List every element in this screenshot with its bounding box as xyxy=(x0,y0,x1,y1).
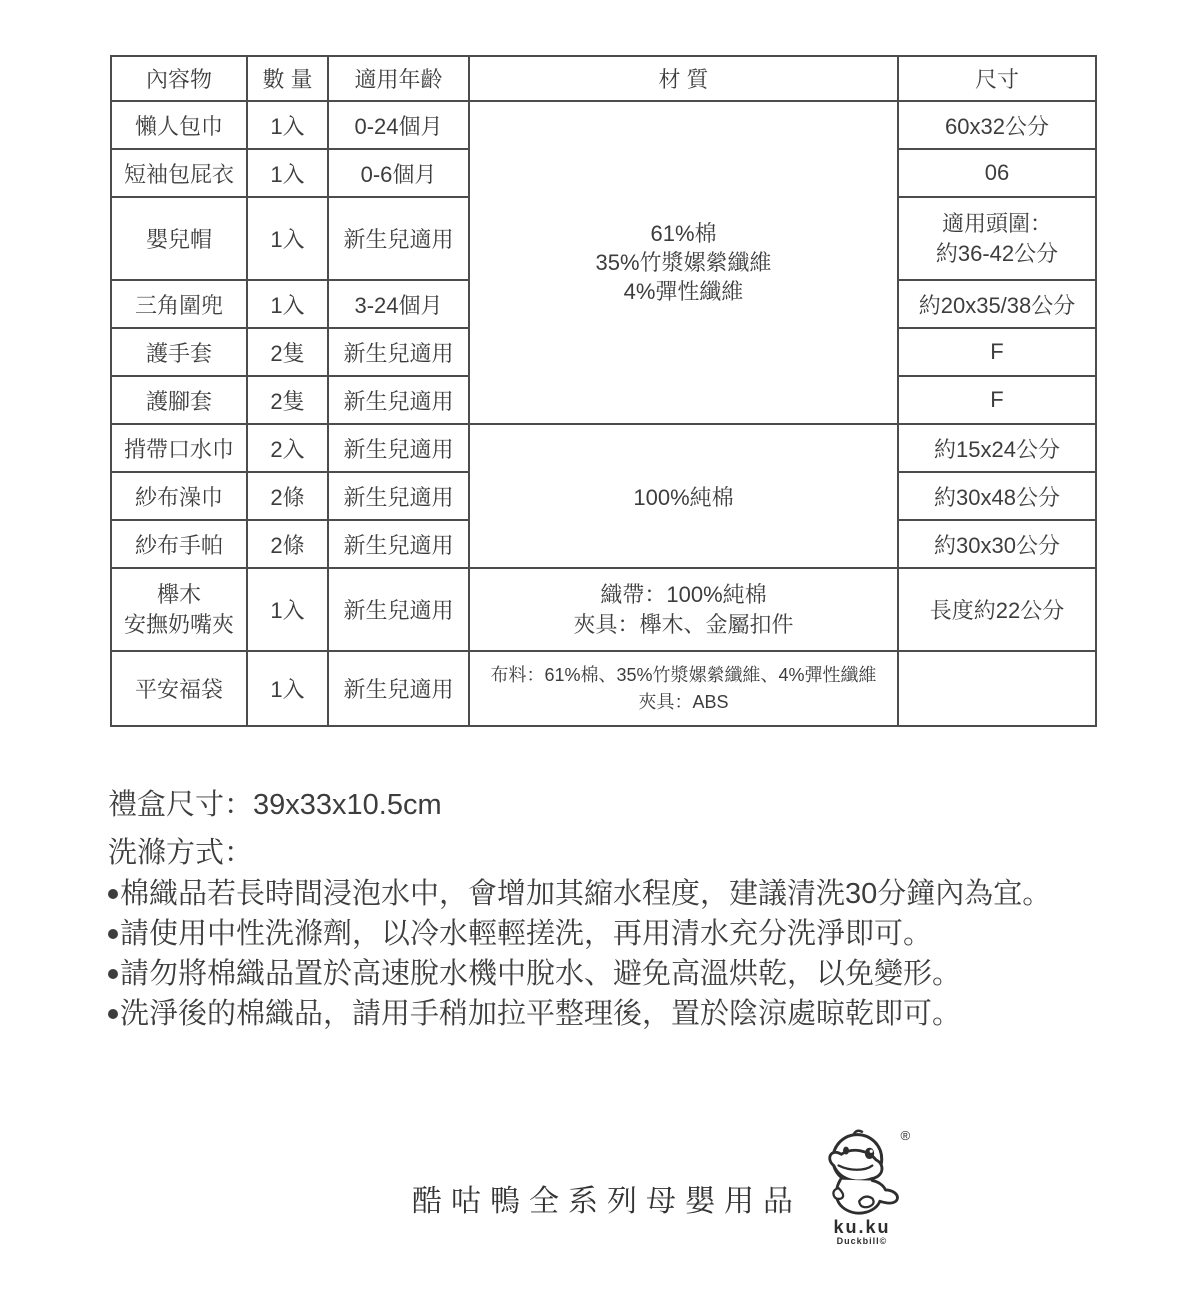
care-info-section: 禮盒尺寸：39x33x10.5cm 洗滌方式： 棉織品若長時間浸泡水中，會增加其… xyxy=(108,784,1108,1034)
item-name-cell: 嬰兒帽 xyxy=(111,197,247,280)
item-name-cell: 平安福袋 xyxy=(111,651,247,726)
quantity-cell: 1入 xyxy=(247,568,328,651)
header-age: 適用年齡 xyxy=(328,56,469,101)
bullet-dot-icon xyxy=(108,1009,118,1019)
washing-note: 請使用中性洗滌劑，以冷水輕輕搓洗，再用清水充分洗淨即可。 xyxy=(108,914,1108,954)
age-cell: 新生兒適用 xyxy=(328,520,469,568)
size-cell: F xyxy=(898,376,1096,424)
material-line: 4%彈性纖維 xyxy=(474,277,893,306)
item-name-cell: 短袖包屁衣 xyxy=(111,149,247,197)
age-cell: 新生兒適用 xyxy=(328,472,469,520)
item-name-cell: 懶人包巾 xyxy=(111,101,247,149)
size-cell: 約20x35/38公分 xyxy=(898,280,1096,328)
spec-table: 內容物 數 量 適用年齡 材 質 尺寸 懶人包巾 1入 0-24個月 61%棉 … xyxy=(110,55,1097,727)
quantity-cell: 1入 xyxy=(247,101,328,149)
logo-sub-text: Duckbill© xyxy=(806,1236,918,1247)
age-cell: 新生兒適用 xyxy=(328,376,469,424)
item-name-cell: 護腳套 xyxy=(111,376,247,424)
kuku-duckbill-logo: ® ku.ku Duckbill© xyxy=(806,1128,918,1247)
size-cell: 約15x24公分 xyxy=(898,424,1096,472)
bullet-dot-icon xyxy=(108,969,118,979)
item-name-cell: 紗布澡巾 xyxy=(111,472,247,520)
age-cell: 0-6個月 xyxy=(328,149,469,197)
washing-note-text: 請勿將棉織品置於高速脫水機中脫水、避免高溫烘乾，以免變形。 xyxy=(120,954,961,994)
washing-note-text: 棉織品若長時間浸泡水中，會增加其縮水程度，建議清洗30分鐘內為宜。 xyxy=(120,874,1051,914)
material-line: 夾具：櫸木、金屬扣件 xyxy=(474,610,893,639)
header-size: 尺寸 xyxy=(898,56,1096,101)
quantity-cell: 2條 xyxy=(247,472,328,520)
washing-note: 洗淨後的棉織品，請用手稍加拉平整理後，置於陰涼處晾乾即可。 xyxy=(108,994,1108,1034)
material-cell-cotton-blend: 61%棉 35%竹漿嫘縈纖維 4%彈性纖維 xyxy=(469,101,898,424)
size-cell: 約30x30公分 xyxy=(898,520,1096,568)
material-line: 35%竹漿嫘縈纖維 xyxy=(474,248,893,277)
quantity-cell: 1入 xyxy=(247,197,328,280)
item-name-cell: 護手套 xyxy=(111,328,247,376)
header-material: 材 質 xyxy=(469,56,898,101)
table-row: 揹帶口水巾 2入 新生兒適用 100%純棉 約15x24公分 xyxy=(111,424,1096,472)
age-cell: 3-24個月 xyxy=(328,280,469,328)
material-cell-lucky-bag: 布料：61%棉、35%竹漿嫘縈纖維、4%彈性纖維 夾具：ABS xyxy=(469,651,898,726)
header-contents: 內容物 xyxy=(111,56,247,101)
table-row: 懶人包巾 1入 0-24個月 61%棉 35%竹漿嫘縈纖維 4%彈性纖維 60x… xyxy=(111,101,1096,149)
header-row: 內容物 數 量 適用年齡 材 質 尺寸 xyxy=(111,56,1096,101)
quantity-cell: 1入 xyxy=(247,149,328,197)
size-line: 適用頭圍： xyxy=(903,209,1091,238)
material-line: 夾具：ABS xyxy=(474,689,893,715)
age-cell: 新生兒適用 xyxy=(328,197,469,280)
item-name-cell: 紗布手帕 xyxy=(111,520,247,568)
item-name-cell: 三角圍兜 xyxy=(111,280,247,328)
item-name-cell: 櫸木 安撫奶嘴夾 xyxy=(111,568,247,651)
age-cell: 新生兒適用 xyxy=(328,328,469,376)
washing-notes-list: 棉織品若長時間浸泡水中，會增加其縮水程度，建議清洗30分鐘內為宜。 請使用中性洗… xyxy=(108,874,1108,1034)
product-spec-page: 內容物 數 量 適用年齡 材 質 尺寸 懶人包巾 1入 0-24個月 61%棉 … xyxy=(0,0,1200,1300)
giftbox-size-text: 禮盒尺寸：39x33x10.5cm xyxy=(108,784,1108,826)
table-row: 櫸木 安撫奶嘴夾 1入 新生兒適用 織帶：100%純棉 夾具：櫸木、金屬扣件 長… xyxy=(111,568,1096,651)
washing-note: 棉織品若長時間浸泡水中，會增加其縮水程度，建議清洗30分鐘內為宜。 xyxy=(108,874,1108,914)
size-cell: 適用頭圍： 約36-42公分 xyxy=(898,197,1096,280)
washing-note: 請勿將棉織品置於高速脫水機中脫水、避免高溫烘乾，以免變形。 xyxy=(108,954,1108,994)
material-line: 織帶：100%純棉 xyxy=(474,580,893,609)
size-cell xyxy=(898,651,1096,726)
item-name-line: 安撫奶嘴夾 xyxy=(116,610,242,639)
table-row: 平安福袋 1入 新生兒適用 布料：61%棉、35%竹漿嫘縈纖維、4%彈性纖維 夾… xyxy=(111,651,1096,726)
brand-slogan: 酷咕鴨全系列母嬰用品 xyxy=(412,1176,802,1220)
size-cell: 長度約22公分 xyxy=(898,568,1096,651)
size-cell: F xyxy=(898,328,1096,376)
size-cell: 約30x48公分 xyxy=(898,472,1096,520)
washing-note-text: 洗淨後的棉織品，請用手稍加拉平整理後，置於陰涼處晾乾即可。 xyxy=(120,994,961,1034)
quantity-cell: 2隻 xyxy=(247,376,328,424)
duck-icon: ® xyxy=(810,1128,914,1220)
header-quantity: 數 量 xyxy=(247,56,328,101)
logo-brand-text: ku.ku xyxy=(806,1218,918,1236)
registered-mark: ® xyxy=(900,1128,910,1143)
item-name-cell: 揹帶口水巾 xyxy=(111,424,247,472)
size-cell: 06 xyxy=(898,149,1096,197)
age-cell: 新生兒適用 xyxy=(328,568,469,651)
item-name-line: 櫸木 xyxy=(116,580,242,609)
washing-method-title: 洗滌方式： xyxy=(108,832,1108,874)
size-cell: 60x32公分 xyxy=(898,101,1096,149)
bullet-dot-icon xyxy=(108,929,118,939)
material-line: 布料：61%棉、35%竹漿嫘縈纖維、4%彈性纖維 xyxy=(474,662,893,688)
material-cell-pacifier-clip: 織帶：100%純棉 夾具：櫸木、金屬扣件 xyxy=(469,568,898,651)
size-line: 約36-42公分 xyxy=(903,239,1091,268)
age-cell: 新生兒適用 xyxy=(328,424,469,472)
material-cell-pure-cotton: 100%純棉 xyxy=(469,424,898,568)
age-cell: 0-24個月 xyxy=(328,101,469,149)
quantity-cell: 2入 xyxy=(247,424,328,472)
quantity-cell: 2條 xyxy=(247,520,328,568)
quantity-cell: 1入 xyxy=(247,280,328,328)
quantity-cell: 2隻 xyxy=(247,328,328,376)
age-cell: 新生兒適用 xyxy=(328,651,469,726)
quantity-cell: 1入 xyxy=(247,651,328,726)
material-line: 61%棉 xyxy=(474,219,893,248)
bullet-dot-icon xyxy=(108,889,118,899)
washing-note-text: 請使用中性洗滌劑，以冷水輕輕搓洗，再用清水充分洗淨即可。 xyxy=(120,914,932,954)
